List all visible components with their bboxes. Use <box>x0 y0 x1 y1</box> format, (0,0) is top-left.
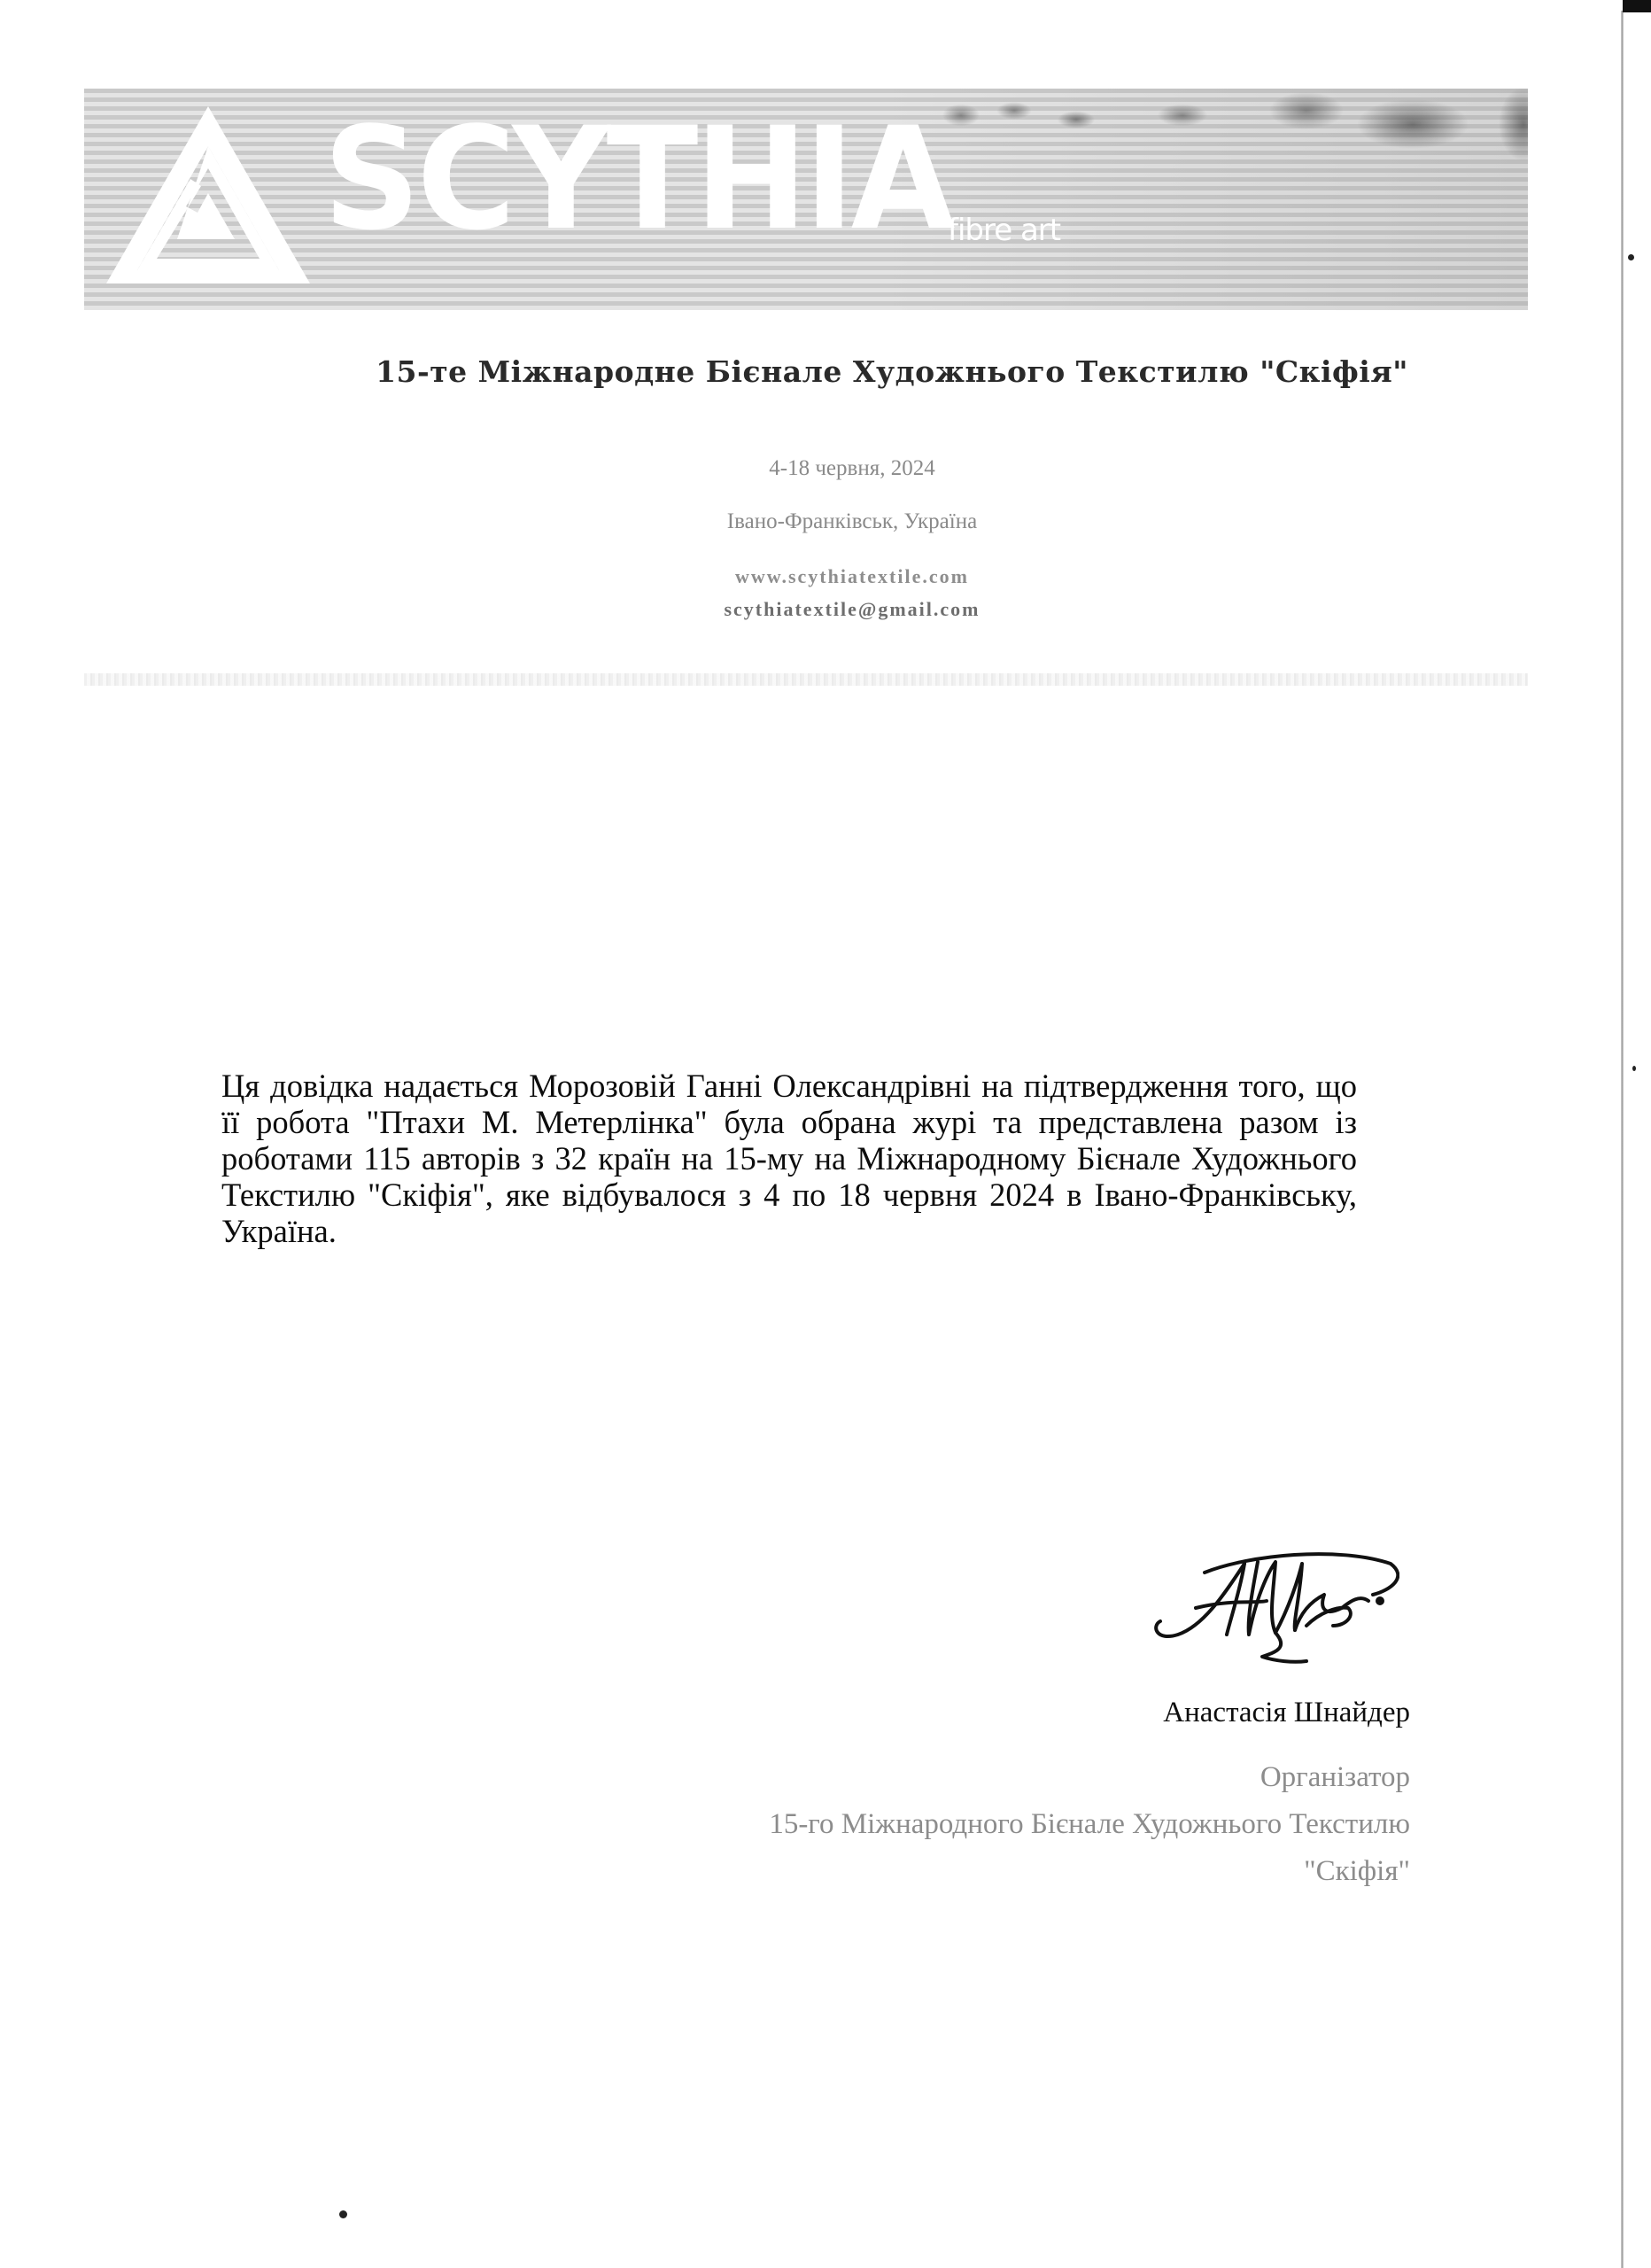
event-location: Івано-Франківськ, Україна <box>0 509 1651 534</box>
handwritten-signature-icon <box>1143 1537 1399 1670</box>
signer-role-event: 15-го Міжнародного Бієнале Художнього Те… <box>769 1801 1410 1848</box>
scan-edge-line <box>1621 11 1624 2268</box>
scan-speck <box>1628 254 1634 260</box>
triangle-spiral-logo-icon <box>102 106 314 292</box>
certificate-paragraph: Ця довідка надається Морозовій Ганні Оле… <box>221 1068 1357 1249</box>
signer-role-title: Організатор <box>769 1754 1410 1801</box>
logo-wordmark: SCYTHIA <box>323 108 952 250</box>
event-dates: 4-18 червня, 2024 <box>0 456 1651 481</box>
website-link[interactable]: www.scythiatextile.com <box>0 565 1651 588</box>
email-link[interactable]: scythiatextile@gmail.com <box>0 598 1651 621</box>
letterhead-banner: SCYTHIA fibre art <box>84 89 1528 310</box>
logo-tagline: fibre art <box>948 213 1060 248</box>
event-title: 15-те Міжнародне Бієнале Художнього Текс… <box>0 354 1651 389</box>
scan-speck <box>1632 1066 1636 1071</box>
header-divider <box>84 673 1528 686</box>
scan-speck <box>339 2210 347 2218</box>
scan-corner-mark <box>1623 0 1651 12</box>
signer-role-event-name: "Скіфія" <box>769 1848 1410 1895</box>
signer-role: Організатор 15-го Міжнародного Бієнале Х… <box>769 1754 1410 1895</box>
signer-name: Анастасія Шнайдер <box>1163 1697 1410 1729</box>
